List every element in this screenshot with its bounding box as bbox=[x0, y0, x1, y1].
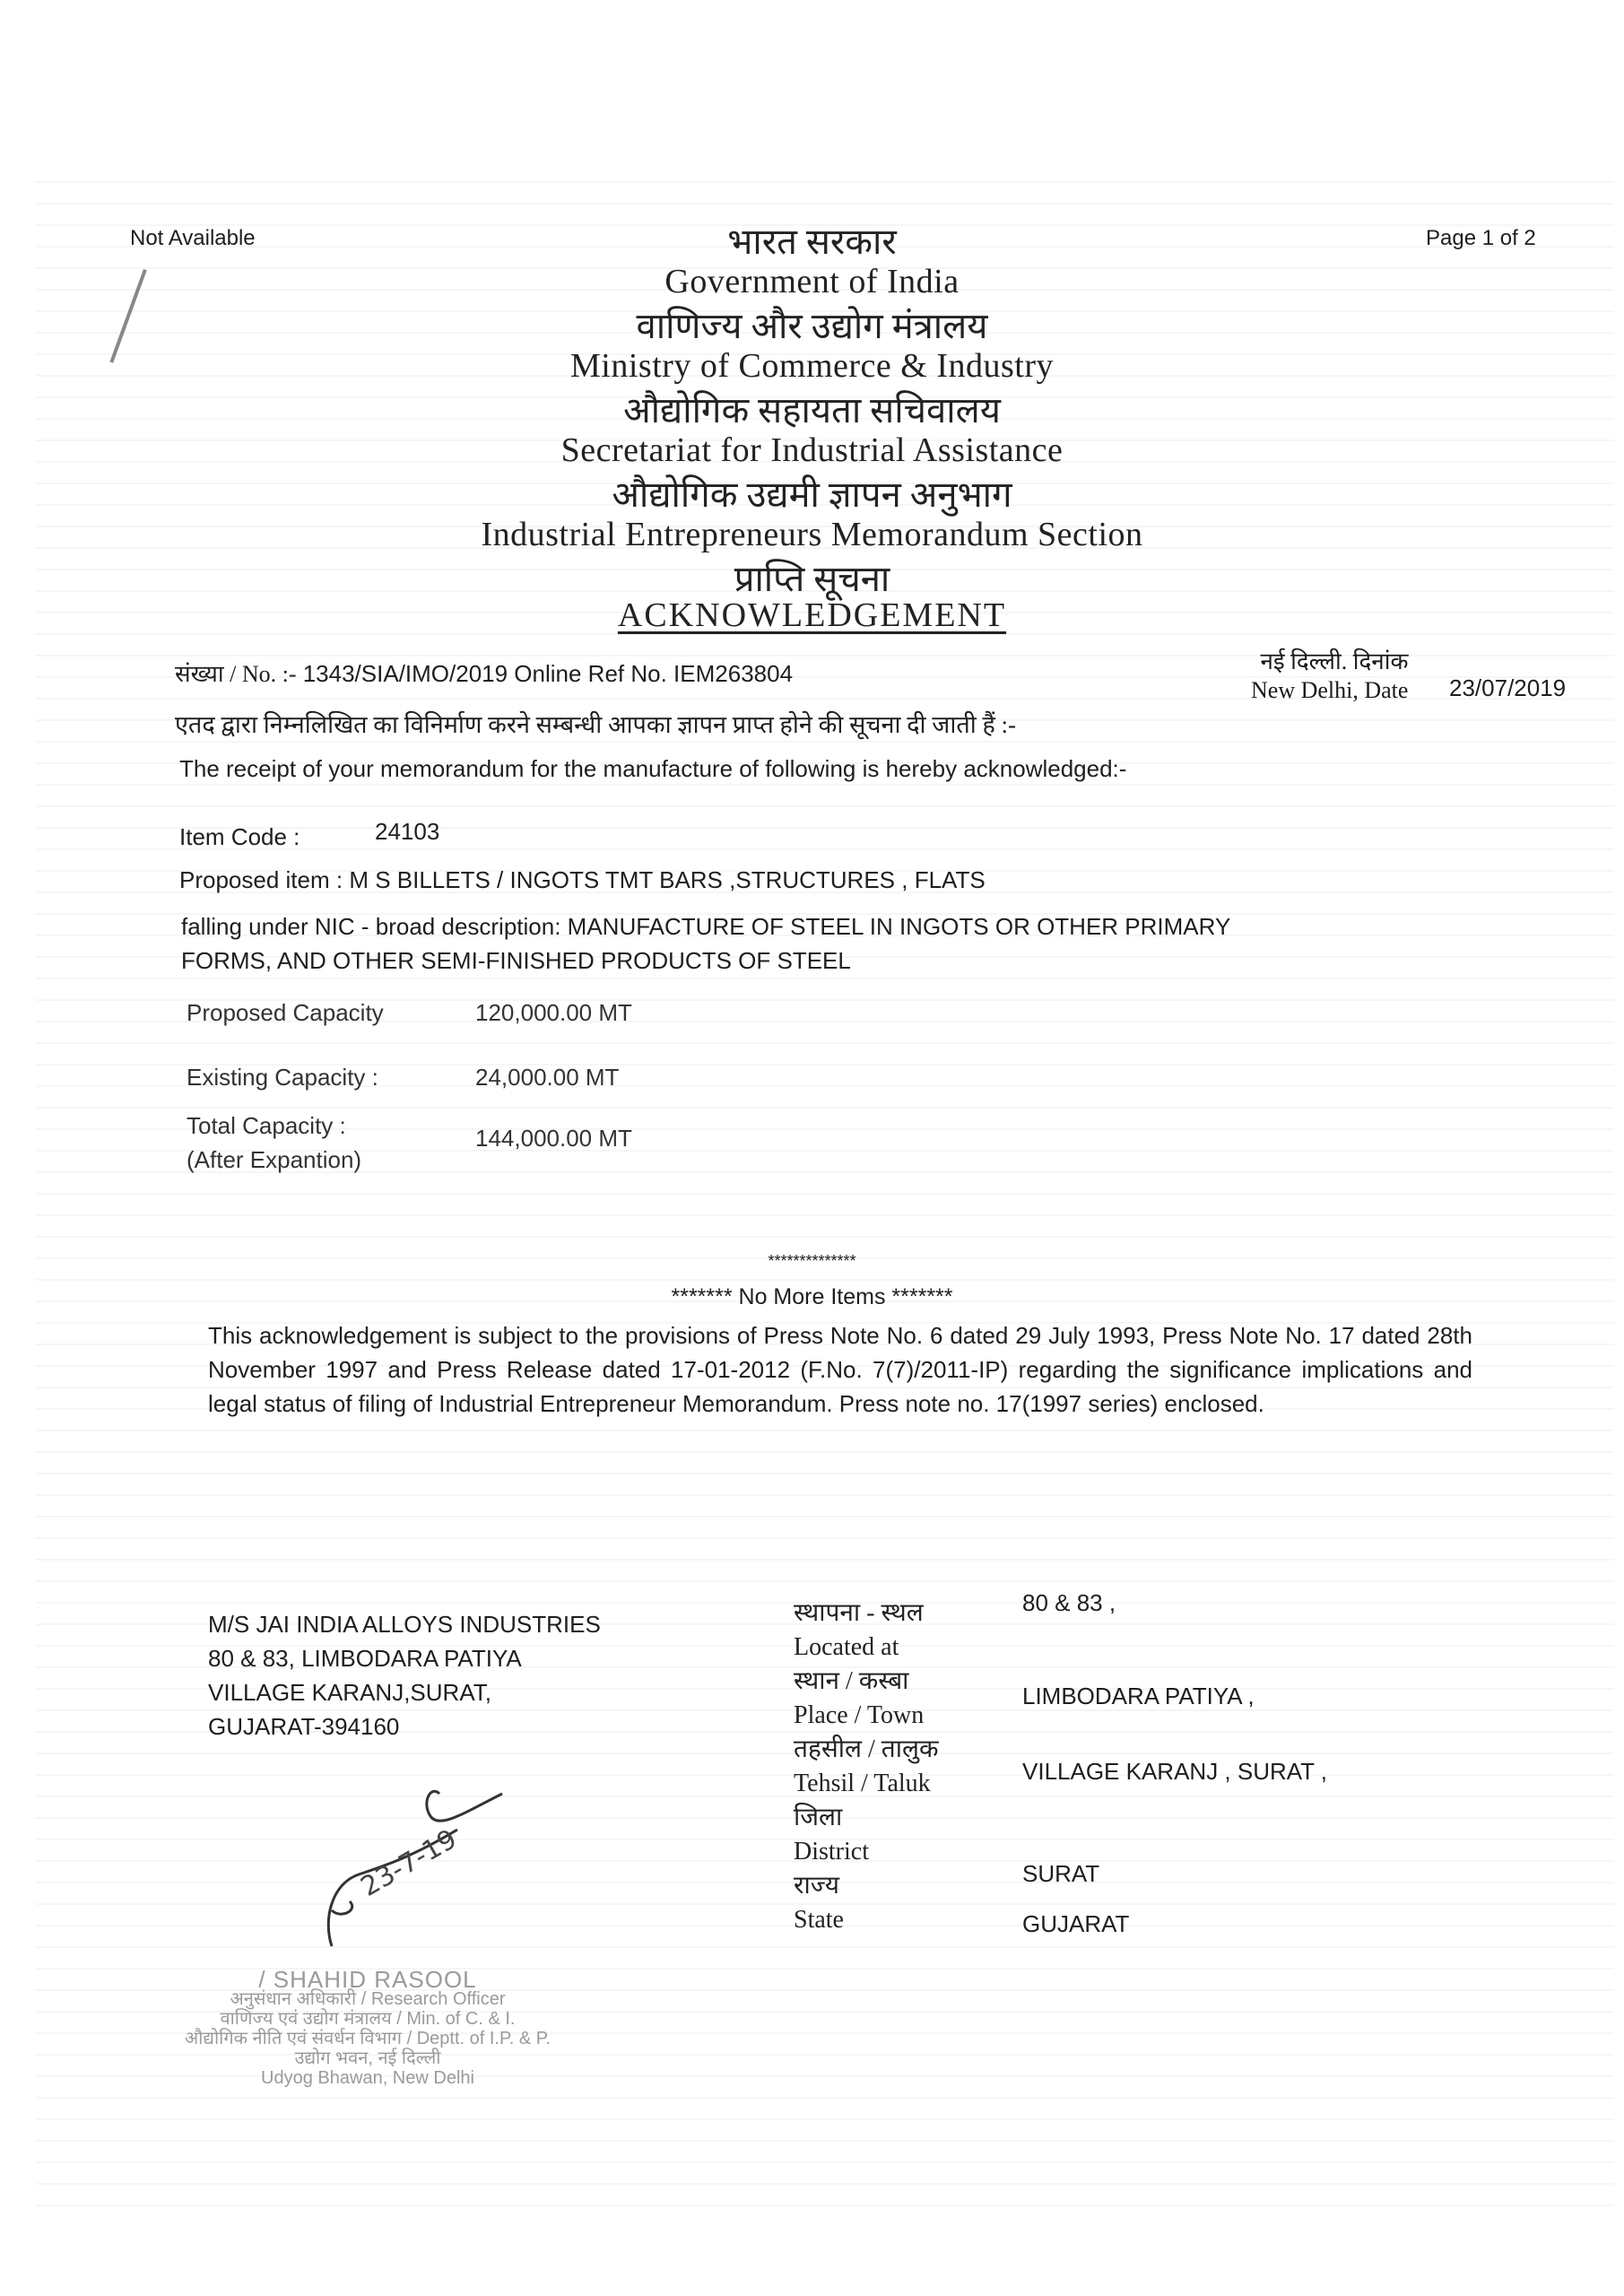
intro-hindi: एतद द्वारा निम्नलिखित का विनिर्माण करने … bbox=[175, 707, 1016, 740]
issue-date: 23/07/2019 bbox=[1449, 674, 1566, 702]
tehsil-label-hindi: तहसील / तालुक bbox=[794, 1733, 938, 1767]
separator-stars: ************** bbox=[0, 1252, 1624, 1271]
provisions-paragraph: This acknowledgement is subject to the p… bbox=[208, 1318, 1472, 1421]
addressee-line3: GUJARAT-394160 bbox=[208, 1709, 601, 1744]
stamp-name: / SHAHID RASOOL bbox=[179, 1970, 556, 1989]
district-label-hindi: जिला bbox=[794, 1801, 938, 1835]
nic-description-line2: FORMS, AND OTHER SEMI-FINISHED PRODUCTS … bbox=[181, 947, 851, 975]
reference-number: संख्या / No. :- 1343/SIA/IMO/2019 Online… bbox=[175, 657, 793, 689]
addressee-name: M/S JAI INDIA ALLOYS INDUSTRIES bbox=[208, 1607, 601, 1641]
no-more-items: ******* No More Items ******* bbox=[0, 1284, 1624, 1310]
signature-date: 23-7-19 bbox=[356, 1823, 463, 1903]
addressee-line2: VILLAGE KARANJ,SURAT, bbox=[208, 1675, 601, 1709]
district-label-english: District bbox=[794, 1835, 938, 1869]
place-date-label-english: New Delhi, Date bbox=[1251, 676, 1408, 705]
header-section-hindi: औद्योगिक उद्यमी ज्ञापन अनुभाग bbox=[0, 468, 1624, 517]
header-govt-hindi: भारत सरकार bbox=[0, 215, 1624, 265]
item-code-value: 24103 bbox=[375, 818, 439, 846]
header-secretariat-hindi: औद्योगिक सहायता सचिवालय bbox=[0, 384, 1624, 433]
handwritten-signature: 23-7-19 bbox=[305, 1776, 538, 1955]
located-at-value: 80 & 83 , bbox=[1022, 1589, 1116, 1617]
officer-stamp: / SHAHID RASOOL अनुसंधान अधिकारी / Resea… bbox=[179, 1970, 556, 2088]
header-ack-hindi: प्राप्ति सूचना bbox=[0, 552, 1624, 602]
capacity-proposed-value: 120,000.00 MT bbox=[475, 999, 632, 1027]
located-at-label-hindi: स्थापना - स्थल bbox=[794, 1596, 938, 1631]
addressee-block: M/S JAI INDIA ALLOYS INDUSTRIES 80 & 83,… bbox=[208, 1607, 601, 1744]
capacity-total-label: Total Capacity : (After Expantion) bbox=[187, 1109, 361, 1177]
stamp-ministry: वाणिज्य एवं उद्योग मंत्रालय / Min. of C.… bbox=[179, 2009, 556, 2029]
place-label-hindi: स्थान / कस्बा bbox=[794, 1665, 938, 1699]
district-value: SURAT bbox=[1022, 1860, 1099, 1888]
state-label-hindi: राज्य bbox=[794, 1869, 938, 1903]
tehsil-value: VILLAGE KARANJ , SURAT , bbox=[1022, 1758, 1327, 1786]
capacity-total-label-line1: Total Capacity : bbox=[187, 1109, 361, 1143]
stamp-building-hindi: उद्योग भवन, नई दिल्ली bbox=[179, 2048, 556, 2068]
capacity-existing-value: 24,000.00 MT bbox=[475, 1064, 619, 1091]
reference-value: 1343/SIA/IMO/2019 Online Ref No. IEM2638… bbox=[303, 660, 793, 687]
state-label-english: State bbox=[794, 1903, 938, 1937]
stamp-department: औद्योगिक नीति एवं संवर्धन विभाग / Deptt.… bbox=[179, 2029, 556, 2048]
header-section-english: Industrial Entrepreneurs Memorandum Sect… bbox=[0, 515, 1624, 554]
place-value: LIMBODARA PATIYA , bbox=[1022, 1683, 1255, 1710]
located-at-label-english: Located at bbox=[794, 1631, 938, 1665]
acknowledgement-title: ACKNOWLEDGEMENT bbox=[618, 596, 1006, 634]
addressee-line1: 80 & 83, LIMBODARA PATIYA bbox=[208, 1641, 601, 1675]
state-value: GUJARAT bbox=[1022, 1910, 1129, 1938]
place-date-label: नई दिल्ली. दिनांक New Delhi, Date bbox=[1251, 648, 1408, 705]
stamp-designation: अनुसंधान अधिकारी / Research Officer bbox=[179, 1989, 556, 2009]
nic-description-line1: falling under NIC - broad description: M… bbox=[181, 913, 1230, 941]
stamp-building-english: Udyog Bhawan, New Delhi bbox=[179, 2068, 556, 2088]
intro-english: The receipt of your memorandum for the m… bbox=[179, 755, 1126, 783]
reference-label: संख्या / No. :- bbox=[175, 661, 296, 687]
header-secretariat-english: Secretariat for Industrial Assistance bbox=[0, 430, 1624, 470]
header-ministry-english: Ministry of Commerce & Industry bbox=[0, 346, 1624, 386]
capacity-total-value: 144,000.00 MT bbox=[475, 1125, 632, 1152]
proposed-item-value: M S BILLETS / INGOTS TMT BARS ,STRUCTURE… bbox=[349, 866, 985, 893]
proposed-item: Proposed item : M S BILLETS / INGOTS TMT… bbox=[179, 866, 986, 894]
item-code-label: Item Code : bbox=[179, 823, 300, 851]
capacity-total-label-line2: (After Expantion) bbox=[187, 1143, 361, 1177]
capacity-proposed-label: Proposed Capacity bbox=[187, 999, 384, 1027]
location-labels: स्थापना - स्थल Located at स्थान / कस्बा … bbox=[794, 1596, 938, 1937]
page-title: ACKNOWLEDGEMENT bbox=[0, 596, 1624, 635]
capacity-existing-label: Existing Capacity : bbox=[187, 1064, 378, 1091]
place-label-english: Place / Town bbox=[794, 1699, 938, 1733]
header-govt-english: Government of India bbox=[0, 262, 1624, 301]
header-ministry-hindi: वाणिज्य और उद्योग मंत्रालय bbox=[0, 300, 1624, 349]
tehsil-label-english: Tehsil / Taluk bbox=[794, 1767, 938, 1801]
proposed-item-label: Proposed item : bbox=[179, 866, 343, 893]
place-date-label-hindi: नई दिल्ली. दिनांक bbox=[1251, 648, 1408, 676]
